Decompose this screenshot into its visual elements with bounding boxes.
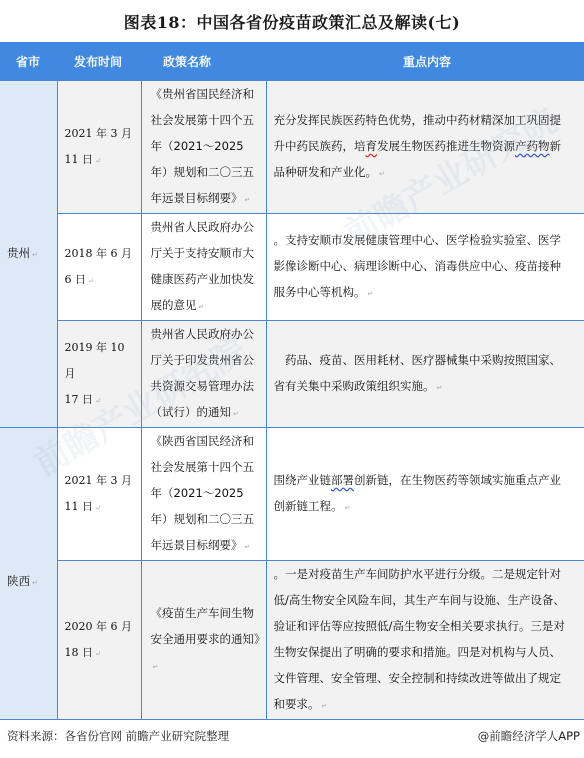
- policy-table: 省市 发布时间 政策名称 重点内容 贵州↵ 2021 年 3 月 11 日↵ 《…: [0, 42, 584, 720]
- table-row: 2018 年 6 月 6 日↵ 贵州省人民政府办公厅关于支持安顺市大健康医药产业…: [0, 214, 584, 321]
- table-header-row: 省市 发布时间 政策名称 重点内容: [0, 42, 584, 81]
- date-line: 11 日: [65, 153, 94, 166]
- content-text: 。支持安顺市发展健康管理中心、医学检验实验室、医学影像诊断中心、病理诊断中心、消…: [274, 233, 562, 299]
- policy-name: 《疫苗生产车间生物安全通用要求的通知》: [151, 606, 266, 646]
- header-key-content: 重点内容: [266, 42, 584, 81]
- spellcheck-mark: 育: [366, 139, 378, 153]
- content-cell: 。一是对疫苗生产车间防护水平进行分级。二是规定针对低/高生物安全风险车间，其生产…: [266, 561, 584, 720]
- date-cell: 2020 年 6 月 18 日↵: [57, 561, 141, 720]
- header-date: 发布时间: [57, 42, 141, 81]
- header-province: 省市: [0, 42, 57, 81]
- content-text: 。一是对疫苗生产车间防护水平进行分级。二是规定针对低/高生物安全风险车间，其生产…: [274, 567, 565, 711]
- date-line: 17 日: [65, 393, 94, 406]
- policy-name-cell: 《贵州省国民经济和社会发展第十四个五年（2021～2025 年）规划和二〇三五年…: [141, 81, 266, 214]
- source-note: 资料来源：各省份官网 前瞻产业研究院整理: [7, 728, 229, 744]
- policy-name-cell: 贵州省人民政府办公厅关于印发贵州省公共资源交易管理办法（试行）的通知↵: [141, 321, 266, 428]
- table-row: 贵州↵ 2021 年 3 月 11 日↵ 《贵州省国民经济和社会发展第十四个五年…: [0, 81, 584, 214]
- content-cell: 。支持安顺市发展健康管理中心、医学检验实验室、医学影像诊断中心、病理诊断中心、消…: [266, 214, 584, 321]
- province-label: 陕西: [7, 574, 30, 588]
- brand-credit: @前瞻经济学人APP: [478, 728, 580, 744]
- province-cell: 贵州↵: [0, 81, 57, 428]
- policy-name: 《贵州省国民经济和社会发展第十四个五年（2021～2025 年）规划和二〇三五年…: [151, 87, 255, 205]
- policy-name: 《陕西省国民经济和社会发展第十四个五年（2021～2025 年）规划和二〇三五年…: [151, 434, 255, 552]
- date-cell: 2018 年 6 月 6 日↵: [57, 214, 141, 321]
- footer: 资料来源：各省份官网 前瞻产业研究院整理 @前瞻经济学人APP: [0, 720, 584, 750]
- date-line: 2021 年 3 月: [65, 121, 135, 147]
- date-line: 2020 年 6 月: [65, 614, 135, 640]
- content-text: 药品、疫苗、医用耗材、医疗器械集中采购按照国家、省有关集中采购政策组织实施。: [274, 353, 562, 393]
- province-cell: 陕西↵: [0, 428, 57, 720]
- date-line: 2021 年 3 月: [65, 468, 135, 494]
- province-label: 贵州: [7, 246, 30, 260]
- policy-name: 贵州省人民政府办公厅关于印发贵州省公共资源交易管理办法（试行）的通知: [151, 327, 255, 419]
- policy-name-cell: 贵州省人民政府办公厅关于支持安顺市大健康医药产业加快发展的意见↵: [141, 214, 266, 321]
- date-cell: 2021 年 3 月 11 日↵: [57, 428, 141, 561]
- page-title: 图表18：中国各省份疫苗政策汇总及解读(七): [0, 0, 584, 42]
- policy-name-cell: 《疫苗生产车间生物安全通用要求的通知》↵: [141, 561, 266, 720]
- grammar-mark: 产药物: [515, 139, 550, 153]
- date-line: 18 日: [65, 646, 94, 659]
- content-cell: 充分发挥民族医药特色优势，推动中药材精深加工巩固提升中药民族药，培育发展生物医药…: [266, 81, 584, 214]
- date-cell: 2021 年 3 月 11 日↵: [57, 81, 141, 214]
- date-line: 6 日: [65, 273, 87, 286]
- policy-name-cell: 《陕西省国民经济和社会发展第十四个五年（2021～2025 年）规划和二〇三五年…: [141, 428, 266, 561]
- table-row: 2020 年 6 月 18 日↵ 《疫苗生产车间生物安全通用要求的通知》↵ 。一…: [0, 561, 584, 720]
- date-line: 2018 年 6 月: [65, 241, 135, 267]
- table-row: 2019 年 10 月 17 日↵ 贵州省人民政府办公厅关于印发贵州省公共资源交…: [0, 321, 584, 428]
- policy-name: 贵州省人民政府办公厅关于支持安顺市大健康医药产业加快发展的意见: [151, 220, 255, 312]
- grammar-mark: 部署: [331, 473, 354, 487]
- content-text: 发展生物医药推进生物资源: [377, 139, 515, 153]
- content-cell: 药品、疫苗、医用耗材、医疗器械集中采购按照国家、省有关集中采购政策组织实施。↵: [266, 321, 584, 428]
- date-line: 2019 年 10 月: [65, 335, 135, 387]
- date-cell: 2019 年 10 月 17 日↵: [57, 321, 141, 428]
- header-policy-name: 政策名称: [141, 42, 266, 81]
- content-cell: 围绕产业链部署创新链，在生物医药等领域实施重点产业创新链工程。↵: [266, 428, 584, 561]
- content-text: 围绕产业链: [274, 473, 332, 487]
- date-line: 11 日: [65, 500, 94, 513]
- table-row: 陕西↵ 2021 年 3 月 11 日↵ 《陕西省国民经济和社会发展第十四个五年…: [0, 428, 584, 561]
